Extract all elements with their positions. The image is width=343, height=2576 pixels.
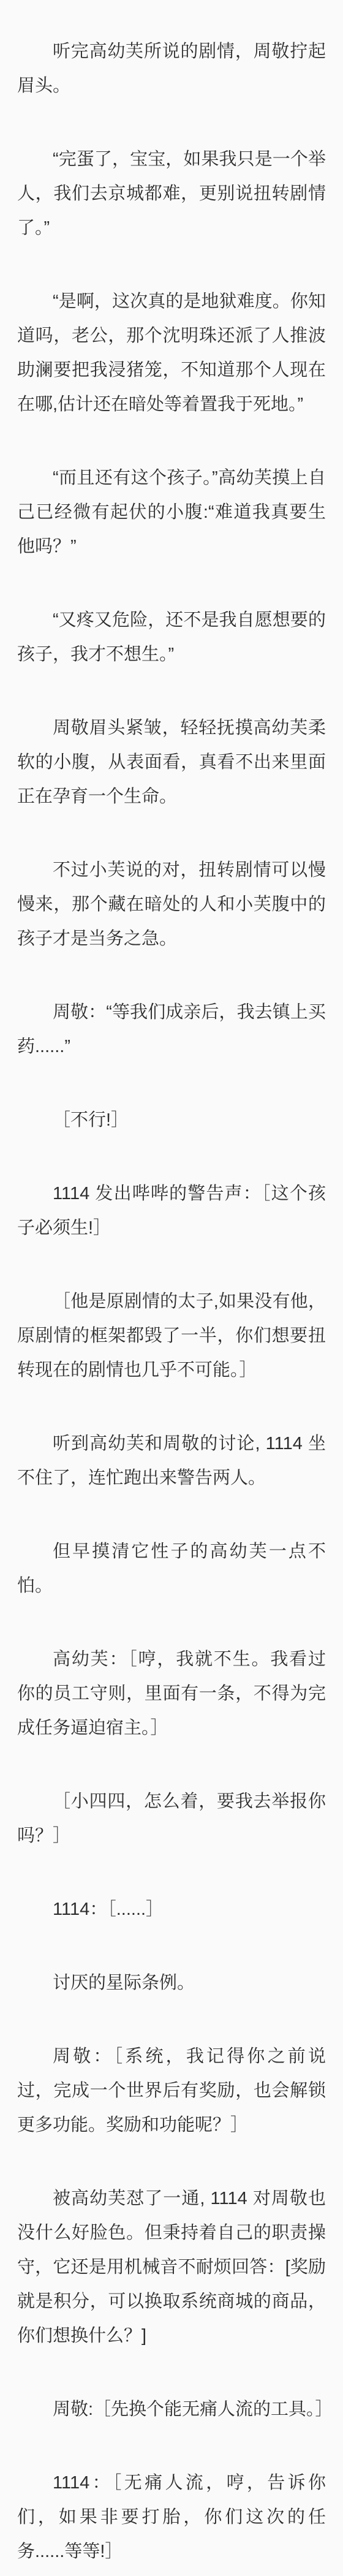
paragraph: “又疼又危险，还不是我自愿想要的孩子，我才不想生。” <box>17 603 326 672</box>
paragraph: “是啊，这次真的是地狱难度。你知道吗，老公，那个沈明珠还派了人推波助澜要把我浸猪… <box>17 284 326 422</box>
paragraph: ［他是原剧情的太子,如果没有他，原剧情的框架都毁了一半，你们想要扭转现在的剧情也… <box>17 1284 326 1387</box>
paragraph: 讨厌的星际条例。 <box>17 1966 326 2000</box>
paragraph: 1114：［......］ <box>17 1892 326 1926</box>
paragraph: 听完高幼芙所说的剧情，周敬拧起眉头。 <box>17 34 326 103</box>
paragraph: 1114：［无痛人流，哼，告诉你们，如果非要打胎，你们这次的任务......等等… <box>17 2466 326 2569</box>
paragraph: 被高幼芙怼了一通, 1114 对周敬也没什么好脸色。但秉持着自己的职责操守，它还… <box>17 2181 326 2353</box>
paragraph: 1114 发出哔哔的警告声：［这个孩子必须生!］ <box>17 1176 326 1245</box>
paragraph: 周敬眉头紧皱，轻轻抚摸高幼芙柔软的小腹，从表面看，真看不出来里面正在孕育一个生命… <box>17 711 326 814</box>
paragraph: 但早摸清它性子的高幼芙一点不怕。 <box>17 1534 326 1603</box>
paragraph: ［不行!］ <box>17 1103 326 1137</box>
paragraph: 不过小芙说的对，扭转剧情可以慢慢来，那个藏在暗处的人和小芙腹中的孩子才是当务之急… <box>17 853 326 956</box>
paragraph: 周敬：“等我们成亲后，我去镇上买药......” <box>17 995 326 1064</box>
paragraph: 周敬：［系统，我记得你之前说过，完成一个世界后有奖励，也会解锁更多功能。奖励和功… <box>17 2039 326 2142</box>
paragraph: 周敬:［先换个能无痛人流的工具。］ <box>17 2392 326 2426</box>
paragraph: 高幼芙：［哼，我就不生。我看过你的员工守则，里面有一条，不得为完成任务逼迫宿主。… <box>17 1642 326 1745</box>
reader-page[interactable]: 听完高幼芙所说的剧情，周敬拧起眉头。 “完蛋了，宝宝，如果我只是一个举人，我们去… <box>0 0 343 2576</box>
paragraph: 听到高幼芙和周敬的讨论, 1114 坐不住了，连忙跑出来警告两人。 <box>17 1426 326 1495</box>
paragraph: “而且还有这个孩子。”高幼芙摸上自己已经微有起伏的小腹:“难道我真要生他吗？” <box>17 461 326 564</box>
paragraph: “完蛋了，宝宝，如果我只是一个举人，我们去京城都难，更别说扭转剧情了。” <box>17 142 326 245</box>
paragraph: ［小四四，怎么着，要我去举报你吗？］ <box>17 1784 326 1853</box>
